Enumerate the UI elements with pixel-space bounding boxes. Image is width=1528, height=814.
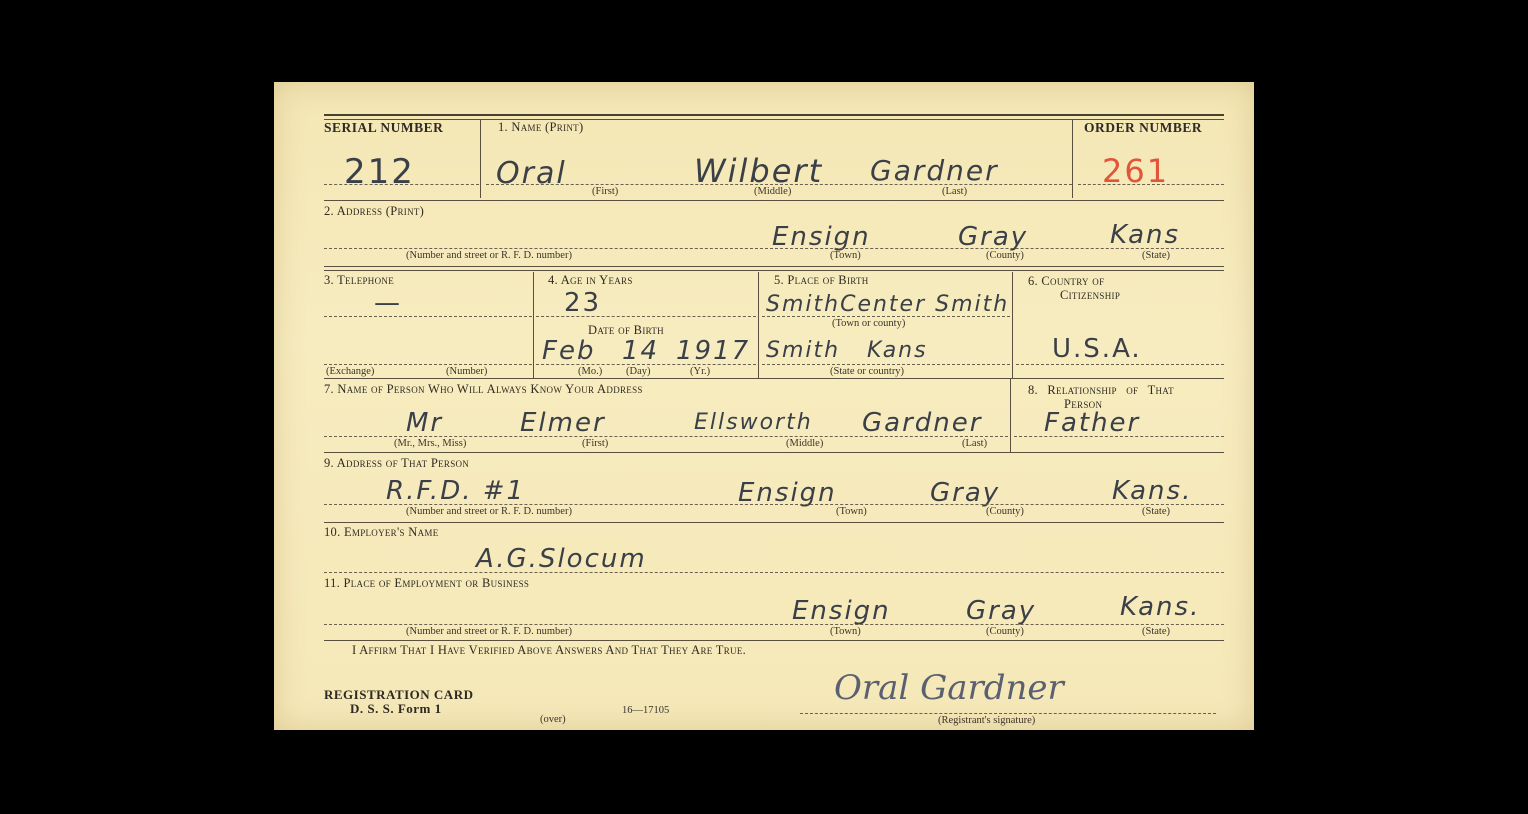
relationship-line bbox=[1014, 436, 1224, 437]
serial-number-label: SERIAL NUMBER bbox=[324, 120, 443, 136]
relationship-label-1: 8. Relationship of That bbox=[1028, 383, 1174, 398]
age-label: 4. Age in Years bbox=[548, 273, 633, 288]
rule bbox=[324, 522, 1224, 523]
contact-address-town-sub: (Town) bbox=[836, 506, 867, 517]
affirmation-text: I Affirm That I Have Verified Above Answ… bbox=[352, 643, 746, 658]
citizenship-line bbox=[1016, 364, 1224, 365]
divider bbox=[758, 272, 759, 378]
dob-line bbox=[536, 364, 756, 365]
employment-line bbox=[324, 624, 1224, 625]
form-number: D. S. S. Form 1 bbox=[350, 701, 442, 717]
employment-town: Ensign bbox=[792, 596, 891, 626]
form-code: 16—17105 bbox=[622, 705, 669, 716]
name-last-sub: (Last) bbox=[942, 186, 967, 197]
rule bbox=[324, 452, 1224, 453]
employment-place-label: 11. Place of Employment or Business bbox=[324, 576, 529, 591]
contact-person-label: 7. Name of Person Who Will Always Know Y… bbox=[324, 382, 643, 397]
address-street-sub: (Number and street or R. F. D. number) bbox=[406, 250, 572, 261]
name-line bbox=[486, 184, 1072, 185]
telephone-number-sub: (Number) bbox=[446, 366, 487, 377]
divider bbox=[533, 272, 534, 378]
rule bbox=[324, 200, 1224, 201]
divider bbox=[1010, 378, 1011, 452]
age-line bbox=[536, 316, 756, 317]
employer-line bbox=[324, 572, 1224, 573]
signature-line bbox=[800, 713, 1216, 714]
rule bbox=[324, 270, 1224, 271]
employment-state-sub: (State) bbox=[1142, 626, 1170, 637]
contact-title: Mr bbox=[406, 408, 443, 438]
address-line bbox=[324, 248, 1224, 249]
citizenship-value: U.S.A. bbox=[1052, 334, 1142, 364]
contact-first: Elmer bbox=[520, 408, 606, 438]
pob-line bbox=[762, 316, 1010, 317]
employment-street-sub: (Number and street or R. F. D. number) bbox=[406, 626, 572, 637]
dob-year-sub: (Yr.) bbox=[690, 366, 710, 377]
contact-middle: Ellsworth bbox=[694, 410, 813, 435]
place-of-birth-town-sub: (Town or county) bbox=[832, 318, 905, 329]
tele-line bbox=[324, 316, 532, 317]
employment-town-sub: (Town) bbox=[830, 626, 861, 637]
citizenship-label-1: 6. Country of bbox=[1028, 274, 1104, 289]
address-county-sub: (County) bbox=[986, 250, 1024, 261]
signature-sub: (Registrant's signature) bbox=[938, 715, 1035, 726]
address-state-sub: (State) bbox=[1142, 250, 1170, 261]
contact-line bbox=[324, 436, 1008, 437]
name-last: Gardner bbox=[870, 154, 999, 187]
relationship-value: Father bbox=[1044, 408, 1140, 438]
dob-day: 14 bbox=[622, 336, 659, 366]
employment-county-sub: (County) bbox=[986, 626, 1024, 637]
contact-address-state-sub: (State) bbox=[1142, 506, 1170, 517]
contact-address-line bbox=[324, 504, 1224, 505]
age-value: 23 bbox=[564, 288, 601, 318]
dob-month: Feb bbox=[542, 336, 595, 366]
place-of-birth-town: SmithCenter Smith bbox=[766, 292, 1009, 317]
contact-address-county-sub: (County) bbox=[986, 506, 1024, 517]
dob-year: 1917 bbox=[676, 336, 750, 366]
contact-last-sub: (Last) bbox=[962, 438, 987, 449]
name-first-sub: (First) bbox=[592, 186, 618, 197]
employment-county: Gray bbox=[966, 596, 1036, 626]
divider bbox=[1012, 272, 1013, 378]
telephone-value: — bbox=[374, 288, 402, 318]
rule bbox=[324, 640, 1224, 641]
order-line bbox=[1078, 184, 1224, 185]
dob-day-sub: (Day) bbox=[626, 366, 651, 377]
serial-number-value: 212 bbox=[344, 152, 415, 192]
name-middle-sub: (Middle) bbox=[754, 186, 791, 197]
address-label: 2. Address (Print) bbox=[324, 204, 424, 219]
registrant-signature: Oral Gardner bbox=[834, 668, 1064, 708]
contact-address-label: 9. Address of That Person bbox=[324, 456, 469, 471]
rule bbox=[324, 378, 1224, 379]
dob-month-sub: (Mo.) bbox=[578, 366, 602, 377]
place-of-birth-state: Smith Kans bbox=[766, 338, 928, 363]
serial-line bbox=[324, 184, 479, 185]
contact-first-sub: (First) bbox=[582, 438, 608, 449]
divider bbox=[1072, 120, 1073, 198]
contact-last: Gardner bbox=[862, 408, 982, 438]
address-town-sub: (Town) bbox=[830, 250, 861, 261]
citizenship-label-2: Citizenship bbox=[1060, 288, 1120, 303]
registration-card: SERIAL NUMBER 212 1. Name (Print) Oral W… bbox=[274, 82, 1254, 730]
contact-address-state: Kans. bbox=[1112, 476, 1192, 506]
employment-state: Kans. bbox=[1120, 592, 1200, 622]
employer-value: A.G.Slocum bbox=[476, 544, 647, 574]
contact-address-street: R.F.D. #1 bbox=[386, 476, 525, 506]
telephone-label: 3. Telephone bbox=[324, 273, 394, 288]
place-of-birth-state-sub: (State or country) bbox=[830, 366, 904, 377]
place-of-birth-label: 5. Place of Birth bbox=[774, 273, 869, 288]
employer-label: 10. Employer's Name bbox=[324, 525, 439, 540]
contact-title-sub: (Mr., Mrs., Miss) bbox=[394, 438, 466, 449]
name-first: Oral bbox=[496, 156, 567, 191]
address-state: Kans bbox=[1110, 220, 1180, 250]
over-note: (over) bbox=[540, 714, 566, 725]
contact-address-street-sub: (Number and street or R. F. D. number) bbox=[406, 506, 572, 517]
pob-line-2 bbox=[762, 364, 1010, 365]
top-rule bbox=[324, 114, 1224, 116]
order-number-label: ORDER NUMBER bbox=[1084, 120, 1202, 136]
contact-middle-sub: (Middle) bbox=[786, 438, 823, 449]
divider bbox=[480, 120, 481, 198]
tele-line-2 bbox=[324, 364, 532, 365]
telephone-exchange-sub: (Exchange) bbox=[326, 366, 374, 377]
name-label: 1. Name (Print) bbox=[498, 120, 583, 135]
rule bbox=[324, 266, 1224, 267]
